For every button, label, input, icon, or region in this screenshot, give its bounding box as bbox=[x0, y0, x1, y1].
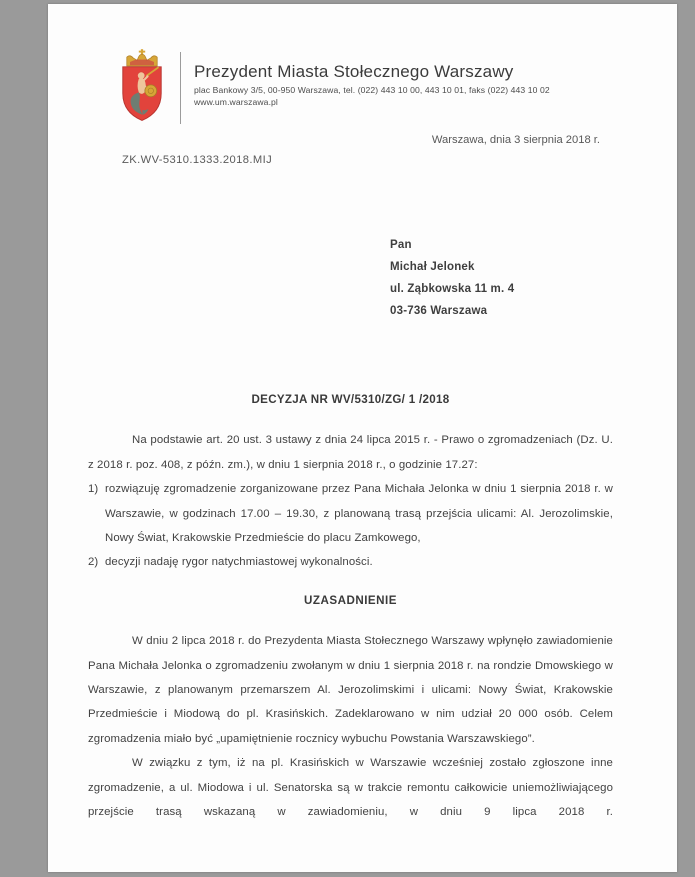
document-body: DECYZJA NR WV/5310/ZG/ 1 /2018 Na podsta… bbox=[88, 388, 613, 825]
list-item-marker: 2) bbox=[88, 550, 105, 574]
justification-heading: UZASADNIENIE bbox=[88, 589, 613, 613]
authority-name: Prezydent Miasta Stołecznego Warszawy bbox=[194, 62, 550, 82]
list-item-text: rozwiązuję zgromadzenie zorganizowane pr… bbox=[105, 477, 613, 550]
place-and-date: Warszawa, dnia 3 sierpnia 2018 r. bbox=[432, 134, 600, 146]
letter-page: Prezydent Miasta Stołecznego Warszawy pl… bbox=[48, 4, 677, 872]
reference-number: ZK.WV-5310.1333.2018.MIJ bbox=[122, 154, 272, 166]
letterhead-text: Prezydent Miasta Stołecznego Warszawy pl… bbox=[194, 49, 550, 107]
addressee-name: Michał Jelonek bbox=[390, 256, 514, 278]
decision-list: 1) rozwiązuję zgromadzenie zorganizowane… bbox=[88, 477, 613, 575]
decision-intro-paragraph: Na podstawie art. 20 ust. 3 ustawy z dni… bbox=[88, 428, 613, 477]
addressee-city: 03-736 Warszawa bbox=[390, 300, 514, 322]
list-item: 1) rozwiązuję zgromadzenie zorganizowane… bbox=[88, 477, 613, 550]
letterhead-divider bbox=[180, 52, 181, 124]
list-item: 2) decyzji nadaję rygor natychmiastowej … bbox=[88, 550, 613, 574]
addressee-block: Pan Michał Jelonek ul. Ząbkowska 11 m. 4… bbox=[390, 234, 514, 322]
addressee-salutation: Pan bbox=[390, 234, 514, 256]
letterhead: Prezydent Miasta Stołecznego Warszawy pl… bbox=[118, 49, 550, 124]
addressee-street: ul. Ząbkowska 11 m. 4 bbox=[390, 278, 514, 300]
list-item-marker: 1) bbox=[88, 477, 105, 550]
justification-paragraph: W dniu 2 lipca 2018 r. do Prezydenta Mia… bbox=[88, 629, 613, 751]
scanned-document-background: Prezydent Miasta Stołecznego Warszawy pl… bbox=[0, 0, 695, 877]
justification-paragraph: W związku z tym, iż na pl. Krasińskich w… bbox=[88, 751, 613, 824]
decision-title: DECYZJA NR WV/5310/ZG/ 1 /2018 bbox=[88, 388, 613, 412]
warsaw-mermaid-crest-icon bbox=[118, 49, 166, 123]
list-item-text: decyzji nadaję rygor natychmiastowej wyk… bbox=[105, 550, 613, 574]
authority-address: plac Bankowy 3/5, 00-950 Warszawa, tel. … bbox=[194, 85, 550, 95]
authority-website: www.um.warszawa.pl bbox=[194, 97, 550, 107]
